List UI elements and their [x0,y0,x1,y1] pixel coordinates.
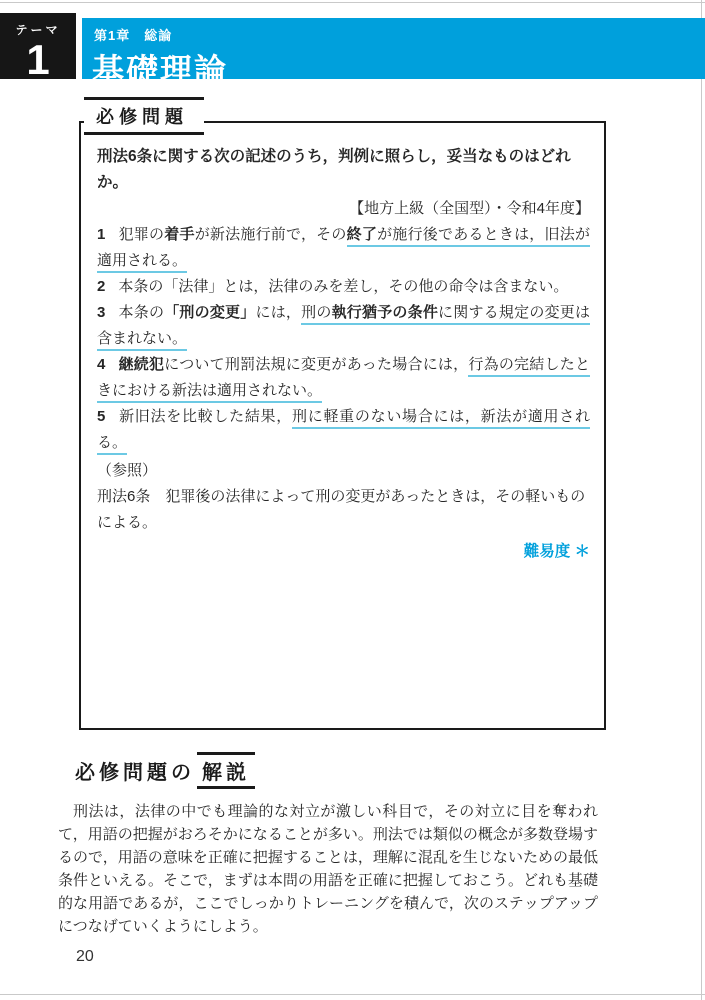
page-edge-bottom [0,994,705,995]
explanation-heading-prefix: 必修問題の [75,762,195,784]
chapter-label: 第1章 総論 [94,25,705,44]
choice-text-segment: 「刑の変更」 [164,304,255,321]
difficulty-label: 難易度 ＊ [97,539,590,565]
reference-block: （参照） 刑法6条 犯罪後の法律によって刑の変更があったときは，その軽いものによ… [97,458,590,536]
page-number: 20 [76,948,94,966]
choice-item-5: 5新旧法を比較した結果，刑に軽重のない場合には，新法が適用される。 [97,404,590,456]
chapter-title-bar: 第1章 総論 基礎理論 [82,18,705,79]
explanation-section: 必修問題の解説 刑法は，法律の中でも理論的な対立が激しい科目で，その対立に目を奪… [58,752,598,938]
choice-text-segment: 刑の [301,304,331,325]
book-page: テーマ 1 第1章 総論 基礎理論 必修問題 刑法6条に関する次の記述のうち，判… [0,0,705,1000]
choice-item-4: 4継続犯について刑罰法規に変更があった場合には，行為の完結したときにおける新法は… [97,352,590,404]
choice-number: 5 [97,408,105,425]
choice-number: 2 [97,278,105,295]
theme-box: テーマ 1 [0,13,76,79]
choice-text-segment: 執行猶予の条件 [332,304,438,325]
page-edge-top [0,2,705,3]
choice-item-3: 3本条の「刑の変更」には，刑の執行猶予の条件に関する規定の変更は含まれない。 [97,300,590,352]
choice-text-segment: 継続犯 [118,356,164,373]
theme-number: 1 [0,39,76,81]
choice-number: 1 [97,226,105,243]
choice-text-segment: 着手 [164,226,194,243]
choice-text-segment: について刑罰法規に変更があった場合には， [164,356,468,373]
choice-item-2: 2本条の「法律」とは，法律のみを差し，その他の命令は含まない。 [97,274,590,300]
reference-label: （参照） [97,458,590,484]
choice-text-segment: には， [255,304,301,321]
choice-text-segment: 犯罪の [118,226,164,243]
question-text: 刑法6条に関する次の記述のうち，判例に照らし，妥当なものはどれか。 [97,144,590,196]
choice-text-segment: 本条の「法律」とは，法律のみを差し，その他の命令は含まない。 [118,278,568,295]
question-content: 刑法6条に関する次の記述のうち，判例に照らし，妥当なものはどれか。 【地方上級（… [97,144,590,565]
explanation-heading-emphasis: 解説 [197,752,255,789]
choice-item-1: 1犯罪の着手が新法施行前で，その終了が施行後であるときは，旧法が適用される。 [97,222,590,274]
choice-number: 4 [97,356,105,373]
reference-text: 刑法6条 犯罪後の法律によって刑の変更があったときは，その軽いものによる。 [97,484,590,536]
required-question-label: 必修問題 [84,97,204,135]
question-box: 刑法6条に関する次の記述のうち，判例に照らし，妥当なものはどれか。 【地方上級（… [79,121,606,730]
explanation-heading: 必修問題の解説 [75,752,598,789]
page-title: 基礎理論 [92,45,705,91]
choice-text-segment: 終了 [347,226,377,247]
choice-text-segment: が新法施行前で，その [195,226,347,243]
choice-number: 3 [97,304,105,321]
choice-text-segment: 本条の [118,304,164,321]
choice-text-segment: 新旧法を比較した結果， [118,408,292,425]
exam-source: 【地方上級（全国型）・令和4年度】 [97,196,590,222]
page-edge-right [701,0,702,1000]
explanation-body: 刑法は，法律の中でも理論的な対立が激しい科目で，その対立に目を奪われて，用語の把… [58,800,598,938]
choices-list: 1犯罪の着手が新法施行前で，その終了が施行後であるときは，旧法が適用される。2本… [97,222,590,456]
